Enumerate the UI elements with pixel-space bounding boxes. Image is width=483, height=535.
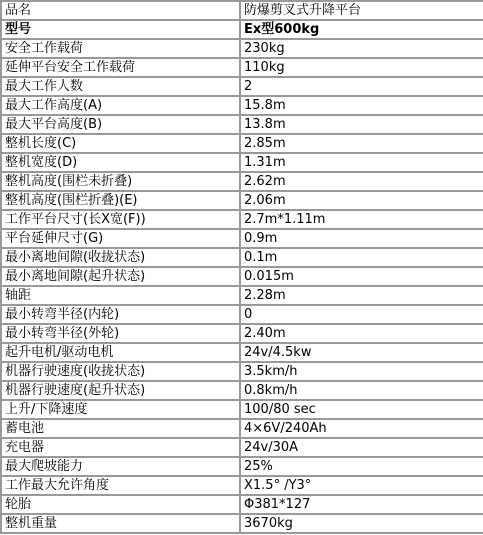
spec-value-cell: 4×6V/240Ah: [240, 419, 483, 438]
table-row: 上升/下降速度100/80 sec: [1, 400, 483, 419]
table-row: 整机长度(C)2.85m: [1, 134, 483, 153]
spec-value-cell: 2.28m: [240, 286, 483, 305]
spec-value-cell: 1.31m: [240, 153, 483, 172]
spec-label-cell: 最小离地间隙(起升状态): [1, 267, 240, 286]
spec-value-cell: 3670kg: [240, 514, 483, 533]
spec-label-cell: 最大平台高度(B): [1, 115, 240, 134]
spec-label-cell: 整机高度(围栏折叠)(E): [1, 191, 240, 210]
spec-value-cell: 0.015m: [240, 267, 483, 286]
table-row: 最小离地间隙(起升状态)0.015m: [1, 267, 483, 286]
spec-label-cell: 最大爬坡能力: [1, 457, 240, 476]
spec-value-cell: 0: [240, 305, 483, 324]
spec-label-cell: 型号: [1, 20, 240, 39]
spec-value-cell: 110kg: [240, 58, 483, 77]
spec-label-cell: 起升电机/驱动电机: [1, 343, 240, 362]
table-row: 工作平台尺寸(长X宽(F))2.7m*1.11m: [1, 210, 483, 229]
spec-label-cell: 充电器: [1, 438, 240, 457]
spec-label-cell: 轴距: [1, 286, 240, 305]
spec-value-cell: 3.5km/h: [240, 362, 483, 381]
spec-value-cell: 2.7m*1.11m: [240, 210, 483, 229]
spec-label-cell: 平台延伸尺寸(G): [1, 229, 240, 248]
table-row: 充电器24v/30A: [1, 438, 483, 457]
table-row: 型号Ex型600kg: [1, 20, 483, 39]
table-row: 最小转弯半径(内轮)0: [1, 305, 483, 324]
spec-label-cell: 机器行驶速度(收拢状态): [1, 362, 240, 381]
table-row: 最小离地间隙(收拢状态)0.1m: [1, 248, 483, 267]
spec-table-body: 品名防爆剪叉式升降平台型号Ex型600kg安全工作载荷230kg延伸平台安全工作…: [1, 1, 483, 533]
spec-value-cell: 25%: [240, 457, 483, 476]
table-row: 轮胎Φ381*127: [1, 495, 483, 514]
spec-value-cell: 15.8m: [240, 96, 483, 115]
spec-value-cell: 防爆剪叉式升降平台: [240, 1, 483, 20]
table-row: 机器行驶速度(起升状态)0.8km/h: [1, 381, 483, 400]
table-row: 工作最大允许角度X1.5° /Y3°: [1, 476, 483, 495]
spec-value-cell: Φ381*127: [240, 495, 483, 514]
spec-label-cell: 最大工作人数: [1, 77, 240, 96]
spec-value-cell: 13.8m: [240, 115, 483, 134]
spec-label-cell: 蓄电池: [1, 419, 240, 438]
spec-value-cell: 100/80 sec: [240, 400, 483, 419]
table-row: 整机重量3670kg: [1, 514, 483, 533]
spec-value-cell: 2.85m: [240, 134, 483, 153]
spec-value-cell: 2.62m: [240, 172, 483, 191]
table-row: 最大爬坡能力25%: [1, 457, 483, 476]
table-row: 起升电机/驱动电机24v/4.5kw: [1, 343, 483, 362]
table-row: 机器行驶速度(收拢状态)3.5km/h: [1, 362, 483, 381]
spec-label-cell: 最小离地间隙(收拢状态): [1, 248, 240, 267]
spec-value-cell: 2.40m: [240, 324, 483, 343]
spec-value-cell: 0.8km/h: [240, 381, 483, 400]
table-row: 品名防爆剪叉式升降平台: [1, 1, 483, 20]
spec-value-cell: Ex型600kg: [240, 20, 483, 39]
spec-label-cell: 最小转弯半径(外轮): [1, 324, 240, 343]
spec-value-cell: 0.9m: [240, 229, 483, 248]
spec-value-cell: 24v/30A: [240, 438, 483, 457]
table-row: 最大工作人数2: [1, 77, 483, 96]
spec-label-cell: 安全工作载荷: [1, 39, 240, 58]
spec-label-cell: 机器行驶速度(起升状态): [1, 381, 240, 400]
spec-value-cell: 24v/4.5kw: [240, 343, 483, 362]
table-row: 安全工作载荷230kg: [1, 39, 483, 58]
table-row: 轴距2.28m: [1, 286, 483, 305]
spec-label-cell: 延伸平台安全工作载荷: [1, 58, 240, 77]
spec-label-cell: 整机重量: [1, 514, 240, 533]
spec-label-cell: 整机高度(围栏未折叠): [1, 172, 240, 191]
spec-label-cell: 整机长度(C): [1, 134, 240, 153]
table-row: 最大平台高度(B)13.8m: [1, 115, 483, 134]
table-row: 整机高度(围栏未折叠)2.62m: [1, 172, 483, 191]
spec-label-cell: 轮胎: [1, 495, 240, 514]
spec-value-cell: 2.06m: [240, 191, 483, 210]
spec-label-cell: 上升/下降速度: [1, 400, 240, 419]
spec-value-cell: X1.5° /Y3°: [240, 476, 483, 495]
spec-label-cell: 工作最大允许角度: [1, 476, 240, 495]
table-row: 平台延伸尺寸(G)0.9m: [1, 229, 483, 248]
spec-label-cell: 品名: [1, 1, 240, 20]
spec-label-cell: 工作平台尺寸(长X宽(F)): [1, 210, 240, 229]
table-row: 整机宽度(D)1.31m: [1, 153, 483, 172]
spec-value-cell: 230kg: [240, 39, 483, 58]
spec-table: 品名防爆剪叉式升降平台型号Ex型600kg安全工作载荷230kg延伸平台安全工作…: [0, 0, 483, 534]
table-row: 最大工作高度(A)15.8m: [1, 96, 483, 115]
table-row: 蓄电池4×6V/240Ah: [1, 419, 483, 438]
table-row: 最小转弯半径(外轮)2.40m: [1, 324, 483, 343]
table-row: 延伸平台安全工作载荷110kg: [1, 58, 483, 77]
spec-label-cell: 整机宽度(D): [1, 153, 240, 172]
spec-value-cell: 0.1m: [240, 248, 483, 267]
spec-value-cell: 2: [240, 77, 483, 96]
spec-label-cell: 最大工作高度(A): [1, 96, 240, 115]
table-row: 整机高度(围栏折叠)(E)2.06m: [1, 191, 483, 210]
spec-label-cell: 最小转弯半径(内轮): [1, 305, 240, 324]
